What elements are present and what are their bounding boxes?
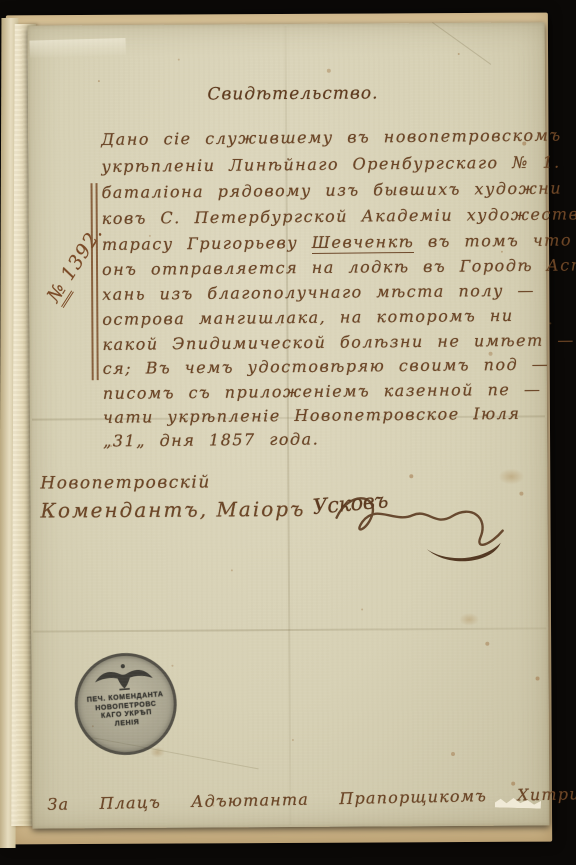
adjutant-countersignature-line: За Плацъ Адъютанта Прапорщикомъ Хитрикъ bbox=[47, 785, 542, 814]
certificate-sheet: № 1392. Свидѣтельство. Дано сіе служивше… bbox=[28, 22, 550, 828]
margin-double-rule bbox=[91, 183, 99, 380]
body-line-text: въ томъ что bbox=[414, 230, 572, 251]
document-title: Свидѣтельство. bbox=[193, 83, 393, 104]
body-line: ся; Въ чемъ удостовѣряю своимъ под — bbox=[103, 355, 550, 378]
body-line: хань изъ благополучнаго мѣста полу — bbox=[102, 281, 535, 304]
body-line: чати укрѣпленіе Новопетровское Іюля bbox=[103, 404, 521, 427]
official-seal-stamp: ПЕЧ. КОМЕНДАНТА НОВОПЕТРОВС КАГО УКРѢП Л… bbox=[71, 649, 180, 758]
body-line: писомъ съ приложеніемъ казенной пе — bbox=[103, 380, 542, 403]
body-line: баталіона рядовому изъ бывшихъ художни bbox=[101, 179, 562, 202]
body-line: ковъ С. Петербургской Академіи художеств… bbox=[102, 204, 576, 228]
shevchenko-underlined-name: Шевченкѣ bbox=[312, 232, 415, 254]
folded-corner-flap bbox=[29, 38, 125, 58]
paper-stain bbox=[459, 613, 479, 626]
body-line: какой Эпидимической болѣзни не имѣет — bbox=[102, 330, 575, 354]
register-number-value: 1392. bbox=[53, 222, 107, 290]
body-line-text: тарасу Григорьеву bbox=[102, 233, 312, 254]
document-photo: № 1392. Свидѣтельство. Дано сіе служивше… bbox=[0, 0, 576, 865]
fold-crease-horizontal-lower bbox=[33, 627, 546, 632]
double-headed-eagle-icon bbox=[92, 660, 156, 697]
body-line-with-name: тарасу Григорьеву Шевченкѣ въ томъ что bbox=[102, 230, 572, 254]
body-line: „31„ дня 1857 года. bbox=[103, 429, 319, 450]
paper-foxing-speckles bbox=[28, 26, 30, 28]
body-line: онъ отправляется на лодкѣ въ Городѣ Астр… bbox=[102, 255, 576, 279]
signature-flourish bbox=[330, 483, 531, 574]
signature-rank-line: Комендантъ, Маіоръ bbox=[40, 497, 305, 523]
signature-place-line: Новопетровскій bbox=[40, 472, 211, 493]
body-line: острова мангишлака, на которомъ ни bbox=[102, 306, 514, 329]
stamp-text-line: ЛЕНІЯ bbox=[115, 719, 140, 729]
body-line: Дано сіе служившему въ новопетровскомъ bbox=[101, 126, 561, 149]
fold-crease-diagonal-top bbox=[432, 22, 491, 65]
body-line: укрѣпленіи Линѣйнаго Оренбургскаго № 1. bbox=[101, 153, 560, 176]
paper-stain bbox=[150, 747, 165, 758]
